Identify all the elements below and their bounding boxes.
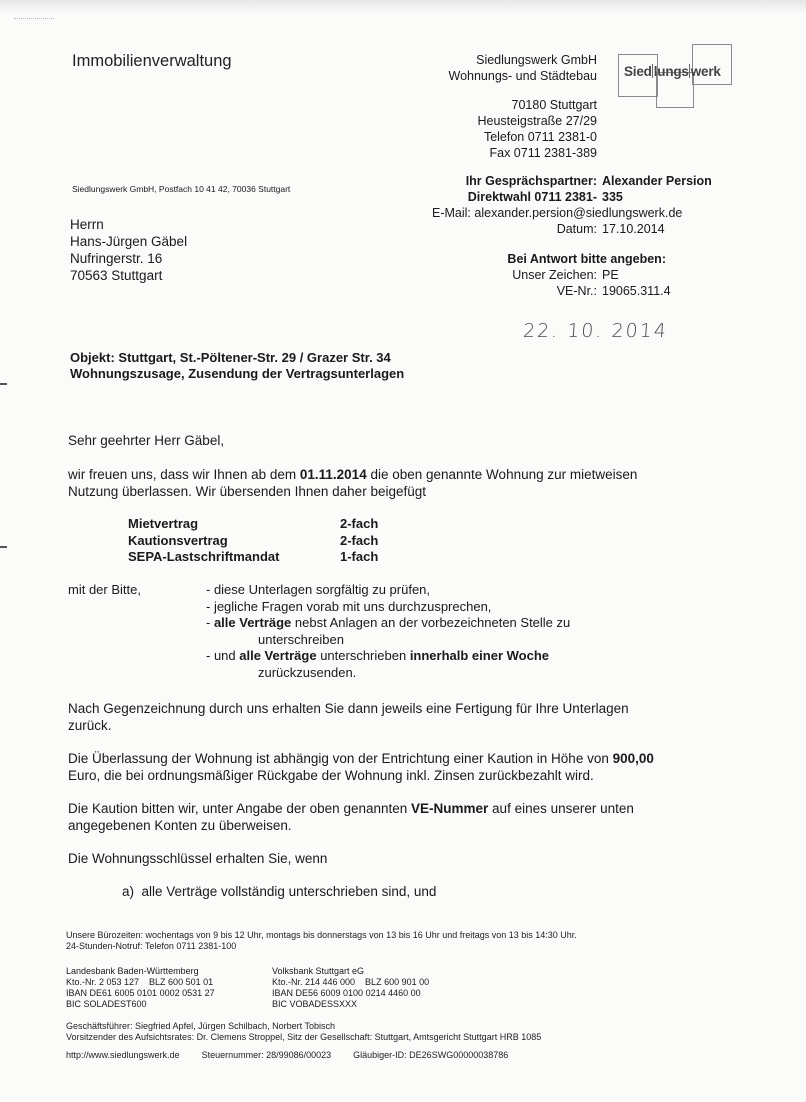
text-bold: VE-Nummer [411,801,488,816]
bank-bic: BIC VOBADESSXXX [272,999,478,1010]
request-items: - diese Unterlagen sorgfältig zu prüfen,… [206,582,570,681]
text: Euro, die bei ordnungsmäßiger Rückgabe d… [68,767,718,784]
subject: Objekt: Stuttgart, St.-Pöltener-Str. 29 … [70,350,404,382]
request-intro: mit der Bitte, [68,582,141,599]
request-item-continued: zurückzusenden. [206,665,570,682]
email-label: E-Mail: [432,205,471,221]
enclosure-count: 2-fach [340,533,378,550]
text: Die Kaution bitten wir, unter Angabe der… [68,801,411,816]
enclosure-item: Mietvertrag 2-fach [128,516,378,533]
text: nebst Anlagen an der vorbezeichneten Ste… [291,615,570,630]
logo-text-part: Sied [624,64,652,79]
reply-heading: Bei Antwort bitte angeben: [430,251,666,267]
website-link[interactable]: http://www.siedlungswerk.de [66,1050,180,1061]
recipient-city: 70563 Stuttgart [70,267,187,284]
bank-iban: IBAN DE56 6009 0100 0214 4460 00 [272,988,478,999]
condition-a: a) alle Verträge vollständig unterschrie… [122,884,436,899]
text: wir freuen uns, dass wir Ihnen ab dem [68,467,300,482]
company-subtitle: Wohnungs- und Städtebau [449,68,598,84]
direct-value: 335 [602,189,623,205]
bank-account: Volksbank Stuttgart eG Kto.-Nr. 214 446 … [272,966,478,1010]
contact-partner: Ihr Gesprächspartner: Alexander Persion [430,173,712,189]
enclosure-list: Mietvertrag 2-fach Kautionsvertrag 2-fac… [128,516,378,566]
ve-value: 19065.311.4 [602,283,671,299]
company-address: 70180 Stuttgart Heusteigstraße 27/29 Tel… [477,97,597,161]
text: Die Überlassung der Wohnung ist abhängig… [68,751,613,766]
request-item-continued: unterschreiben [206,632,570,649]
sign-value: PE [602,267,619,283]
enclosure-count: 1-fach [340,549,378,566]
text: die oben genannte Wohnung zur mietweisen [367,467,638,482]
company-name: Siedlungswerk GmbH [449,52,598,68]
enclosure-count: 2-fach [340,516,378,533]
date-label: Datum: [430,221,602,237]
footer-management: Geschäftsführer: Siegfried Apfel, Jürgen… [66,1021,541,1043]
recipient-salutation: Herrn [70,216,187,233]
bank-account: Landesbank Baden-Württemberg Kto.-Nr. 2 … [66,966,272,1010]
department-title: Immobilienverwaltung [72,52,232,71]
salutation: Sehr geehrter Herr Gäbel, [68,432,718,449]
paragraph-deposit: Die Überlassung der Wohnung ist abhängig… [68,750,718,784]
address-street: Heusteigstraße 27/29 [477,113,597,129]
enclosure-name: Mietvertrag [128,516,340,533]
recipient-address: Herrn Hans-Jürgen Gäbel Nufringerstr. 16… [70,216,187,284]
text: - und [206,648,239,663]
company-name-block: Siedlungswerk GmbH Wohnungs- und Städteb… [449,52,598,84]
fold-mark [0,383,7,385]
request-item: - diese Unterlagen sorgfältig zu prüfen, [206,582,570,599]
text: angegebenen Konten zu überweisen. [68,817,718,834]
reply-ve: VE-Nr.: 19065.311.4 [430,283,671,299]
enclosure-item: SEPA-Lastschriftmandat 1-fach [128,549,378,566]
bank-bic: BIC SOLADEST600 [66,999,272,1010]
reply-sign: Unser Zeichen: PE [430,267,671,283]
subject-object: Objekt: Stuttgart, St.-Pöltener-Str. 29 … [70,350,404,366]
logo-text-part: lungs [654,64,689,79]
contact-date: Datum: 17.10.2014 [430,221,712,237]
email-value[interactable]: alexander.persion@siedlungswerk.de [474,205,682,221]
text: unterschrieben [317,648,410,663]
recipient-name: Hans-Jürgen Gäbel [70,233,187,250]
emergency-phone: 24-Stunden-Notruf: Telefon 0711 2381-100 [66,941,577,952]
enclosure-name: SEPA-Lastschriftmandat [128,549,340,566]
paragraph-payment: Die Kaution bitten wir, unter Angabe der… [68,800,718,834]
sign-label: Unser Zeichen: [430,267,602,283]
footer-hours: Unsere Bürozeiten: wochentags von 9 bis … [66,930,577,952]
partner-label: Ihr Gesprächspartner: [430,173,602,189]
request-item: - alle Verträge nebst Anlagen an der vor… [206,615,570,632]
paragraph-intro: wir freuen uns, dass wir Ihnen ab dem 01… [68,466,718,500]
deposit-amount: 900,00 [613,751,654,766]
start-date: 01.11.2014 [300,467,367,482]
logo-text-part: werk [691,64,721,79]
contact-email: E-Mail: alexander.persion@siedlungswerk.… [430,205,712,221]
bank-iban: IBAN DE61 6005 0101 0002 0531 27 [66,988,272,999]
siedlungswerk-logo-icon: Siedlungswerk [618,44,732,106]
text-bold: alle Verträge [239,648,316,663]
request-item: - und alle Verträge unterschrieben inner… [206,648,570,665]
handwritten-received-date: 22. 10. 2014 [522,320,668,342]
scan-artifact [14,18,54,21]
date-value: 17.10.2014 [602,221,665,237]
bank-name: Landesbank Baden-Württemberg [66,966,272,977]
office-hours: Unsere Bürozeiten: wochentags von 9 bis … [66,930,577,941]
reply-reference: Bei Antwort bitte angeben: Unser Zeichen… [430,251,671,299]
footer-banks: Landesbank Baden-Württemberg Kto.-Nr. 2 … [66,966,478,1010]
bank-account-number: Kto.-Nr. 2 053 127 BLZ 600 501 01 [66,977,272,988]
text: Nutzung überlassen. Wir übersenden Ihnen… [68,483,718,500]
direct-label: Direktwahl 0711 2381- [430,189,602,205]
supervisory-board: Vorsitzender des Aufsichtsrates: Dr. Cle… [66,1032,541,1043]
bank-name: Volksbank Stuttgart eG [272,966,478,977]
tax-number: Steuernummer: 28/99086/00023 [202,1050,332,1061]
enclosure-item: Kautionsvertrag 2-fach [128,533,378,550]
letter-page: Immobilienverwaltung Siedlungswerk GmbH … [0,0,806,1102]
creditor-id: Gläubiger-ID: DE26SWG00000038786 [353,1050,508,1061]
text: auf eines unserer unten [488,801,634,816]
ve-label: VE-Nr.: [430,283,602,299]
scan-shadow [0,0,806,14]
text: Nach Gegenzeichnung durch uns erhalten S… [68,700,718,717]
managing-directors: Geschäftsführer: Siegfried Apfel, Jürgen… [66,1021,541,1032]
request-item: - jegliche Fragen vorab mit uns durchzus… [206,599,570,616]
address-phone: Telefon 0711 2381-0 [477,129,597,145]
contact-direct: Direktwahl 0711 2381- 335 [430,189,712,205]
text: - [206,615,214,630]
address-fax: Fax 0711 2381-389 [477,145,597,161]
footer-identifiers: http://www.siedlungswerk.de Steuernummer… [66,1050,530,1061]
text-bold: alle Verträge [214,615,291,630]
paragraph-keys: Die Wohnungsschlüssel erhalten Sie, wenn [68,850,718,867]
text: zurück. [68,717,718,734]
partner-value: Alexander Persion [602,173,712,189]
text-bold: innerhalb einer Woche [410,648,549,663]
recipient-street: Nufringerstr. 16 [70,250,187,267]
logo-wordmark: Siedlungswerk [624,64,721,79]
punch-mark [0,546,7,548]
contact-block: Ihr Gesprächspartner: Alexander Persion … [430,173,712,237]
sender-return-address: Siedlungswerk GmbH, Postfach 10 41 42, 7… [72,184,290,194]
bank-account-number: Kto.-Nr. 214 446 000 BLZ 600 901 00 [272,977,478,988]
address-city: 70180 Stuttgart [477,97,597,113]
subject-topic: Wohnungszusage, Zusendung der Vertragsun… [70,366,404,382]
paragraph-countersign: Nach Gegenzeichnung durch uns erhalten S… [68,700,718,734]
enclosure-name: Kautionsvertrag [128,533,340,550]
